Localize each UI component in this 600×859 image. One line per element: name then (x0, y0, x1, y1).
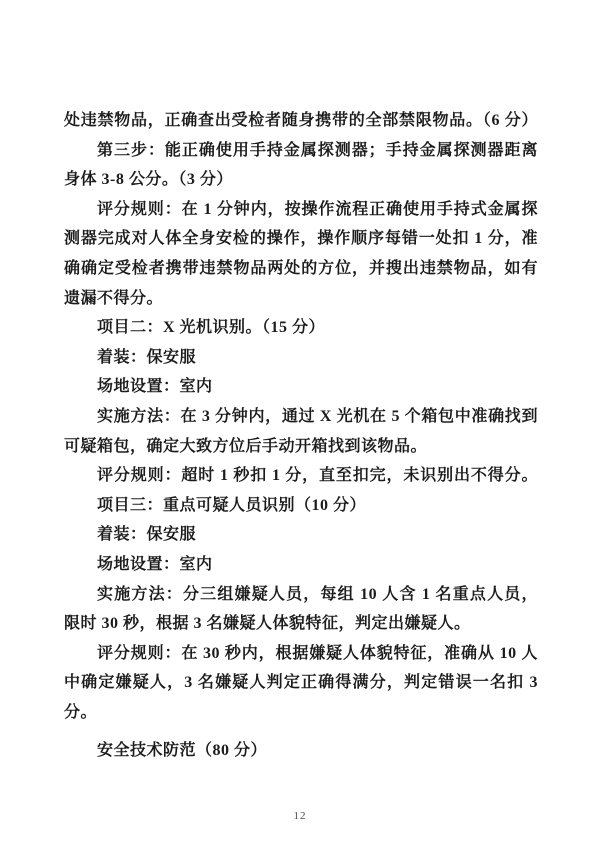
text-line: 中确定嫌疑人，3 名嫌疑人判定正确得满分，判定错误一名扣 3 (64, 668, 538, 698)
text-line: 着装：保安服 (64, 520, 538, 550)
text-line: 限时 30 秒，根据 3 名嫌疑人体貌特征，判定出嫌疑人。 (64, 609, 538, 639)
text-line: 项目二：X 光机识别。（15 分） (64, 313, 538, 343)
text-line: 实施方法：分三组嫌疑人员，每组 10 人含 1 名重点人员， (64, 580, 538, 610)
text-line: 安全技术防范（80 分） (64, 736, 538, 766)
text-line: 评分规则：超时 1 秒扣 1 分，直至扣完，未识别出不得分。 (64, 461, 538, 491)
text-line: 处违禁物品，正确查出受检者随身携带的全部禁限物品。（6 分） (64, 106, 538, 136)
text-line: 项目三：重点可疑人员识别（10 分） (64, 491, 538, 521)
page-number: 12 (294, 810, 307, 822)
text-line: 遗漏不得分。 (64, 284, 538, 314)
text-line: 第三步：能正确使用手持金属探测器；手持金属探测器距离 (64, 136, 538, 166)
text-line: 评分规则：在 1 分钟内，按操作流程正确使用手持式金属探 (64, 195, 538, 225)
document-body: 处违禁物品，正确查出受检者随身携带的全部禁限物品。（6 分）第三步：能正确使用手… (64, 106, 538, 766)
text-line: 可疑箱包，确定大致方位后手动开箱找到该物品。 (64, 432, 538, 462)
text-line: 评分规则：在 30 秒内，根据嫌疑人体貌特征，准确从 10 人 (64, 639, 538, 669)
text-line: 场地设置：室内 (64, 550, 538, 580)
text-line: 场地设置：室内 (64, 372, 538, 402)
text-line: 确确定受检者携带违禁物品两处的方位，并搜出违禁物品，如有 (64, 254, 538, 284)
text-line: 身体 3-8 公分。（3 分） (64, 165, 538, 195)
text-line: 分。 (64, 698, 538, 728)
page-footer: 12 (0, 810, 600, 822)
text-line: 测器完成对人体全身安检的操作，操作顺序每错一处扣 1 分，准 (64, 224, 538, 254)
text-line: 着装：保安服 (64, 343, 538, 373)
document-page: 处违禁物品，正确查出受检者随身携带的全部禁限物品。（6 分）第三步：能正确使用手… (0, 0, 600, 859)
text-line: 实施方法：在 3 分钟内，通过 X 光机在 5 个箱包中准确找到 (64, 402, 538, 432)
